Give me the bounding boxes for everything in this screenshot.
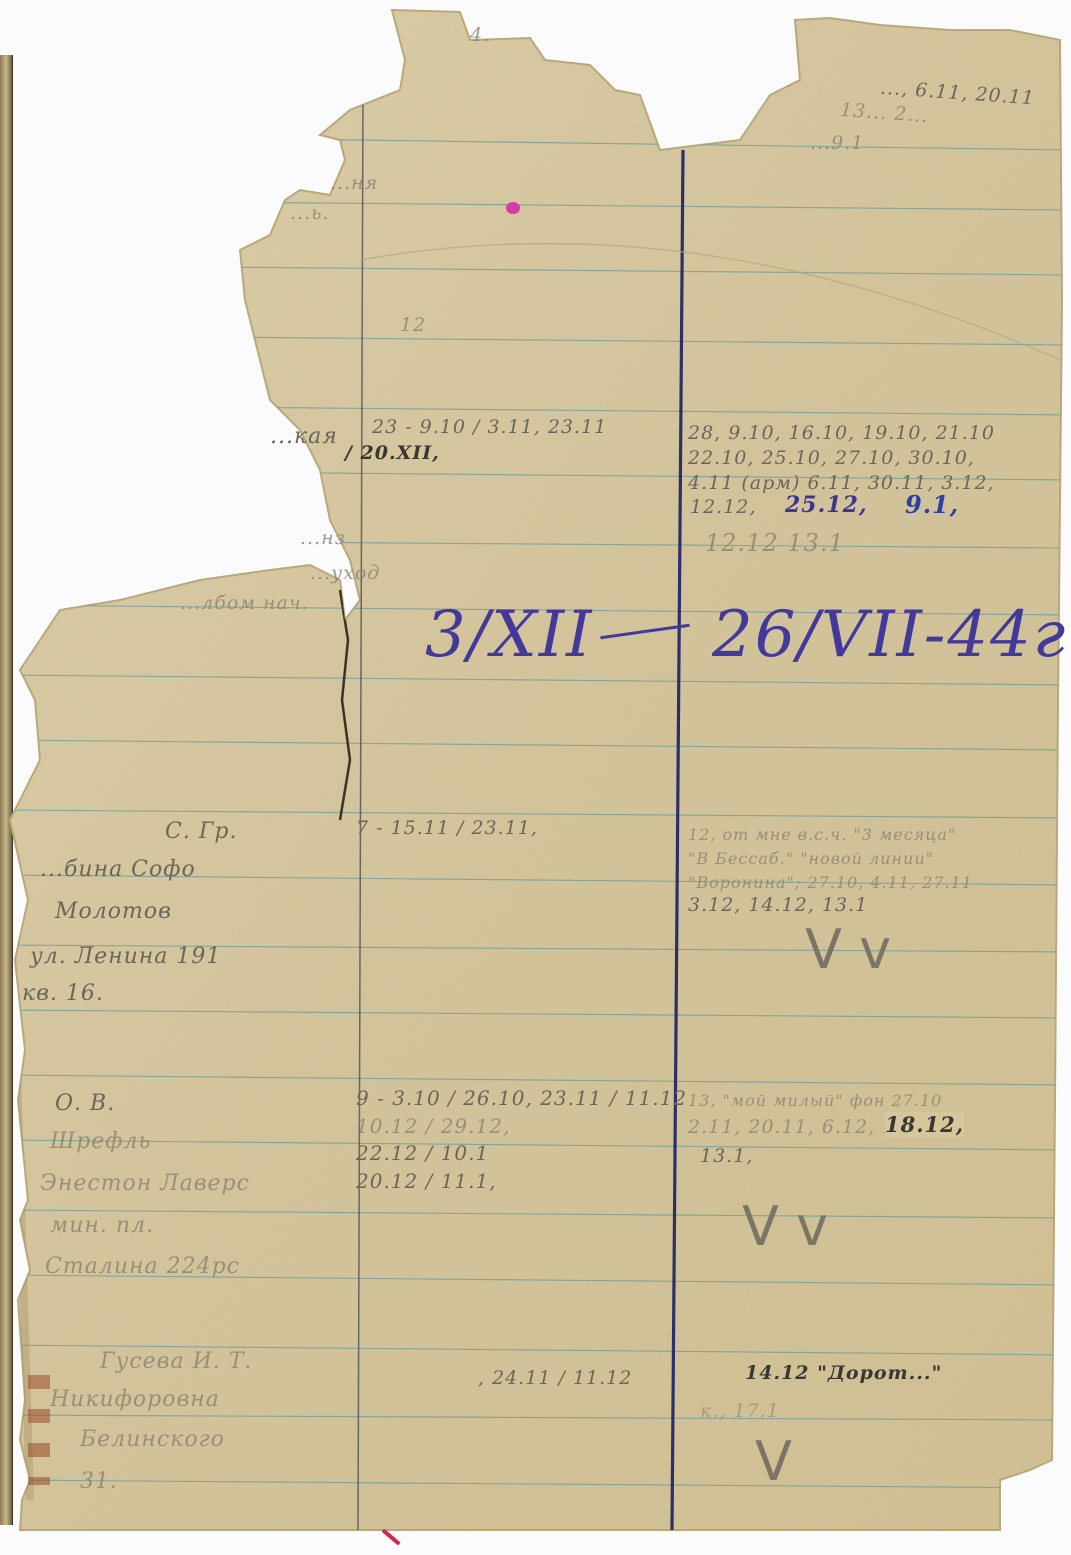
entry1-dates-line1: 23 - 9.10 / 3.11, 23.11 [372, 414, 607, 440]
entry4-dates-line1: 9 - 3.10 / 26.10, 23.11 / 11.12 [356, 1085, 687, 1111]
entry5-name-line4: 31. [80, 1460, 118, 1504]
entry1-notes-line2: 22.10, 25.10, 27.10, 30.10, [688, 445, 975, 471]
entry4-notes-bold: 18.12, [885, 1112, 964, 1138]
entry4-name-line5: Сталина 224рс [45, 1245, 240, 1289]
pink-ink-dot [506, 202, 520, 214]
top-right-fragment-3: ...9.1 [810, 130, 864, 156]
left-margin-fragment-3: 12 [400, 312, 426, 338]
entry1-notes-line5: 12.12 13.1 [705, 530, 845, 556]
left-margin-fragment-1: ...ня [330, 170, 378, 196]
entry3-name-line3: Молотов [55, 890, 172, 934]
entry1-dates-line2: / 20.XII, [345, 440, 440, 466]
entry4-name-line4: мин. пл. [50, 1204, 154, 1248]
entry2-name-line1: ...нз [300, 525, 346, 551]
entry3-notes-line4: 3.12, 14.12, 13.1 [688, 892, 868, 918]
entry3-notes-line1: 12, от мне в.с.ч. "3 месяца" [688, 822, 956, 848]
big-date-annotation-start: 3/XII [425, 598, 593, 672]
entry1-notes-1212: 12.12, [690, 494, 756, 520]
scanned-page: 4. ..., 6.11, 20.11 13... 2... ...9.1 ..… [0, 0, 1071, 1555]
entry1-notes-highlight-ink: 25.12, [785, 492, 868, 518]
entry4-dates-line4: 20.12 / 11.1, [356, 1168, 497, 1194]
top-fragment-text: 4. [470, 22, 490, 48]
entry3-dates: 7 - 15.11 / 23.11, [356, 815, 538, 841]
entry4-dates-line2: 10.12 / 29.12, [356, 1113, 510, 1139]
big-date-annotation-end: 26/VII-44г. [712, 598, 1071, 672]
entry1-notes-highlight-blue: 9.1, [905, 492, 959, 518]
left-margin-fragment-2: ...ь. [290, 200, 330, 226]
entry3-notes-line2: "В Бессаб." "новой линии" [688, 846, 934, 872]
entry5-notes-line2: к., 17.1 [700, 1398, 780, 1424]
entry4-notes-line3: 13.1, [700, 1143, 753, 1169]
rust-stain-marks [28, 1375, 50, 1485]
torn-paper-sheet [0, 0, 1071, 1555]
entry5-name-line2: Никифоровна [50, 1378, 220, 1422]
entry3-check-mark: V v [805, 918, 891, 981]
entry1-name: ...кая [270, 415, 338, 459]
entry1-notes-line1: 28, 9.10, 16.10, 19.10, 21.10 [688, 420, 995, 446]
entry5-notes-line1: 14.12 "Дорот..." [745, 1360, 942, 1386]
entry3-name-line2: ...бина Софо [40, 848, 196, 892]
entry2-name-line2: ...уход [310, 560, 380, 586]
entry5-dates: , 24.11 / 11.12 [478, 1365, 632, 1391]
entry4-check-mark: V v [742, 1195, 828, 1258]
entry5-name-line3: Белинского [80, 1418, 225, 1462]
entry4-name-line2: Шрефль [50, 1120, 151, 1164]
entry4-dates-line3: 22.12 / 10.1 [356, 1140, 489, 1166]
entry3-name-line5: кв. 16. [22, 972, 104, 1016]
entry4-notes-line1: 13, "мой милый" фон 27.10 [688, 1088, 942, 1114]
entry2-name-line3: ...лбом нач. [180, 590, 309, 616]
entry5-check-mark: V [755, 1430, 792, 1493]
entry4-name-line3: Энестон Лаверс [40, 1162, 250, 1206]
